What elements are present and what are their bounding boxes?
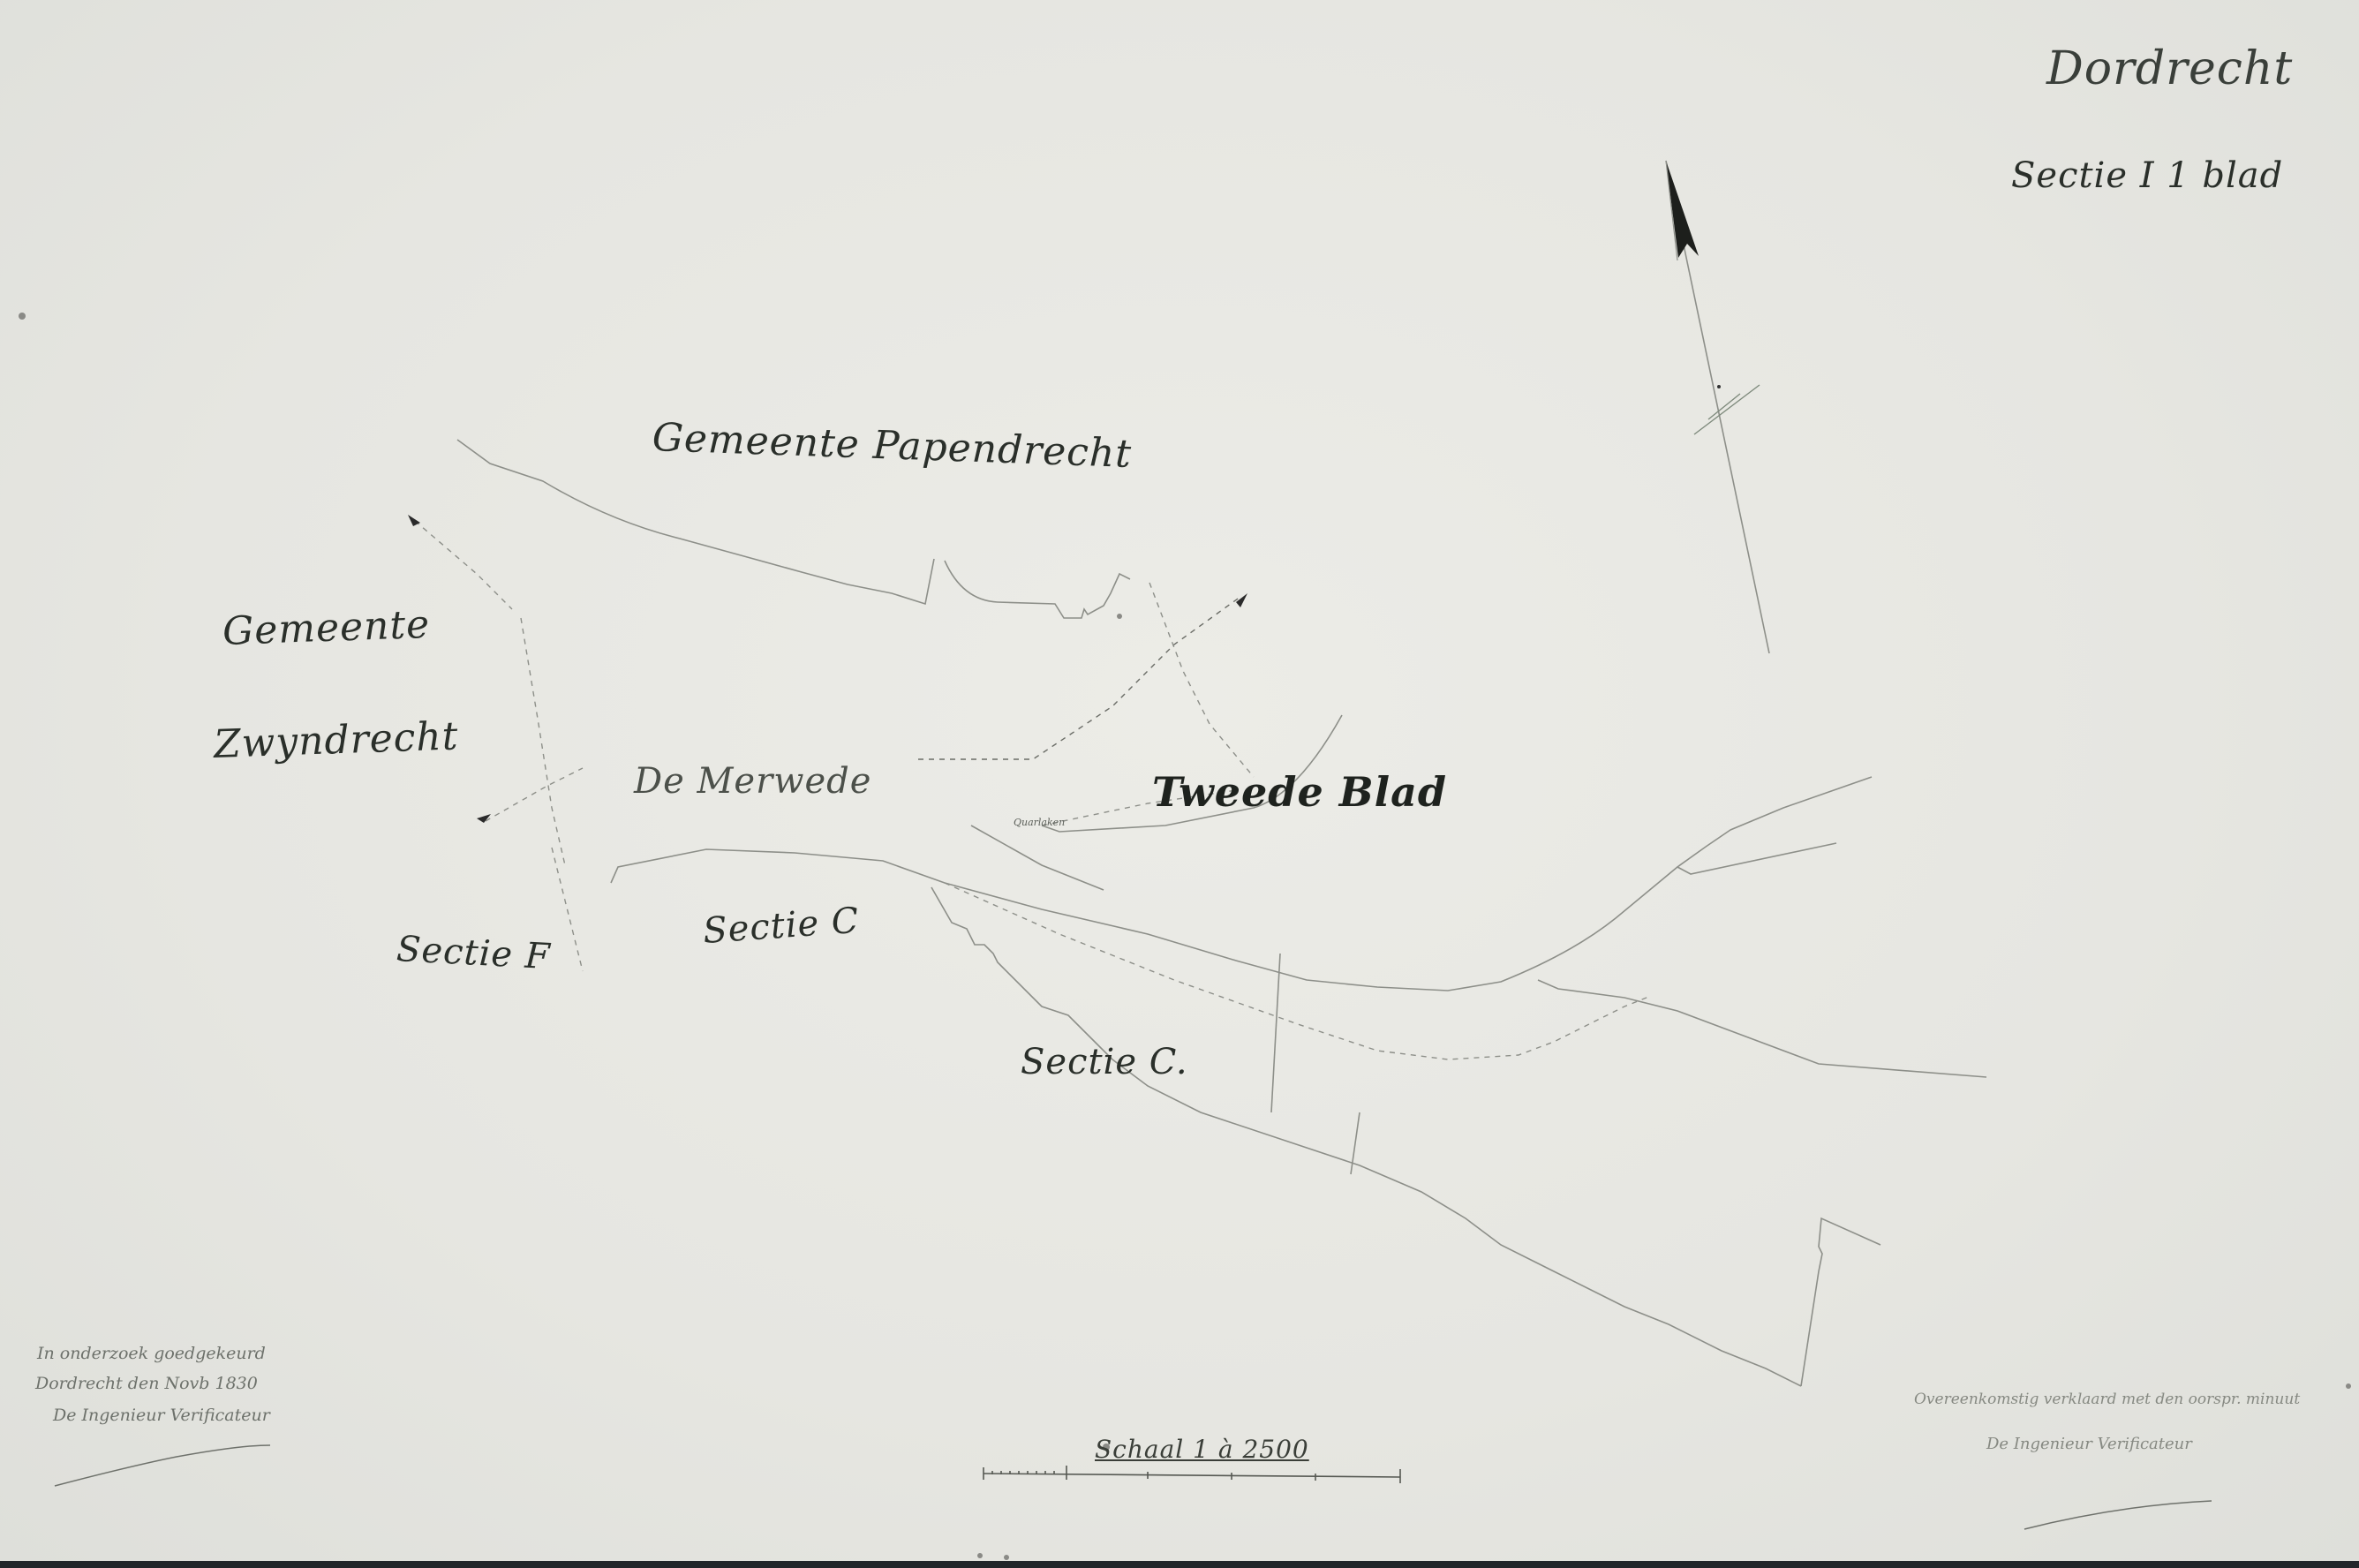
boundary-zwijndrecht-2 bbox=[486, 768, 583, 821]
north-arrow-icon bbox=[1666, 161, 1769, 653]
cert-right-line2: De Ingenieur Verificateur bbox=[1986, 1435, 2192, 1453]
map-title: Dordrecht bbox=[2046, 42, 2293, 95]
label-gemeente: Gemeente bbox=[222, 602, 431, 654]
triangle-boundary bbox=[971, 825, 1104, 890]
sheet-label: Sectie I 1 blad bbox=[2011, 155, 2283, 196]
paper-specks bbox=[19, 313, 2351, 1560]
left-signature-line bbox=[55, 1445, 270, 1486]
cert-right-line1: Overeenkomstig verklaard met den oorspr.… bbox=[1914, 1391, 2300, 1408]
merwede-south-bank bbox=[931, 887, 1801, 1386]
right-signature-line bbox=[2024, 1501, 2212, 1529]
right-dashed-diag bbox=[1149, 583, 1254, 777]
cert-left-line3: De Ingenieur Verificateur bbox=[53, 1406, 270, 1425]
scale-label: Schaal 1 à 2500 bbox=[1095, 1435, 1309, 1464]
cert-left-line1: In onderzoek goedgekeurd bbox=[37, 1344, 266, 1363]
boundary-zwijndrecht-1 bbox=[415, 521, 512, 609]
papendrecht-harbour bbox=[945, 561, 1130, 618]
sectie-f-boundary bbox=[521, 618, 565, 865]
map-sheet: Dordrecht Sectie I 1 blad Gemeente Papen… bbox=[0, 0, 2359, 1561]
east-boundary bbox=[1801, 1218, 1880, 1386]
north-branch bbox=[1677, 777, 1872, 867]
scan-edge bbox=[0, 1561, 2359, 1568]
lower-branch bbox=[1538, 980, 1986, 1077]
label-tweede-blad: Tweede Blad bbox=[1152, 768, 1447, 816]
cert-left-line2: Dordrecht den Novb 1830 bbox=[35, 1374, 258, 1393]
scale-bar bbox=[984, 1466, 1400, 1483]
river-centre-dotted bbox=[945, 883, 1651, 1059]
label-small-note: Quarlaken bbox=[1014, 817, 1065, 828]
label-de-merwede: De Merwede bbox=[634, 761, 871, 802]
merwede-dashed bbox=[918, 597, 1240, 759]
left-vertical-dotted bbox=[552, 848, 583, 971]
label-zwyndrecht: Zwyndrecht bbox=[213, 713, 459, 767]
label-sectie-f: Sectie F bbox=[396, 929, 552, 977]
label-sectie-c-lower: Sectie C. bbox=[1021, 1042, 1188, 1082]
vertical-division bbox=[1271, 954, 1280, 1112]
